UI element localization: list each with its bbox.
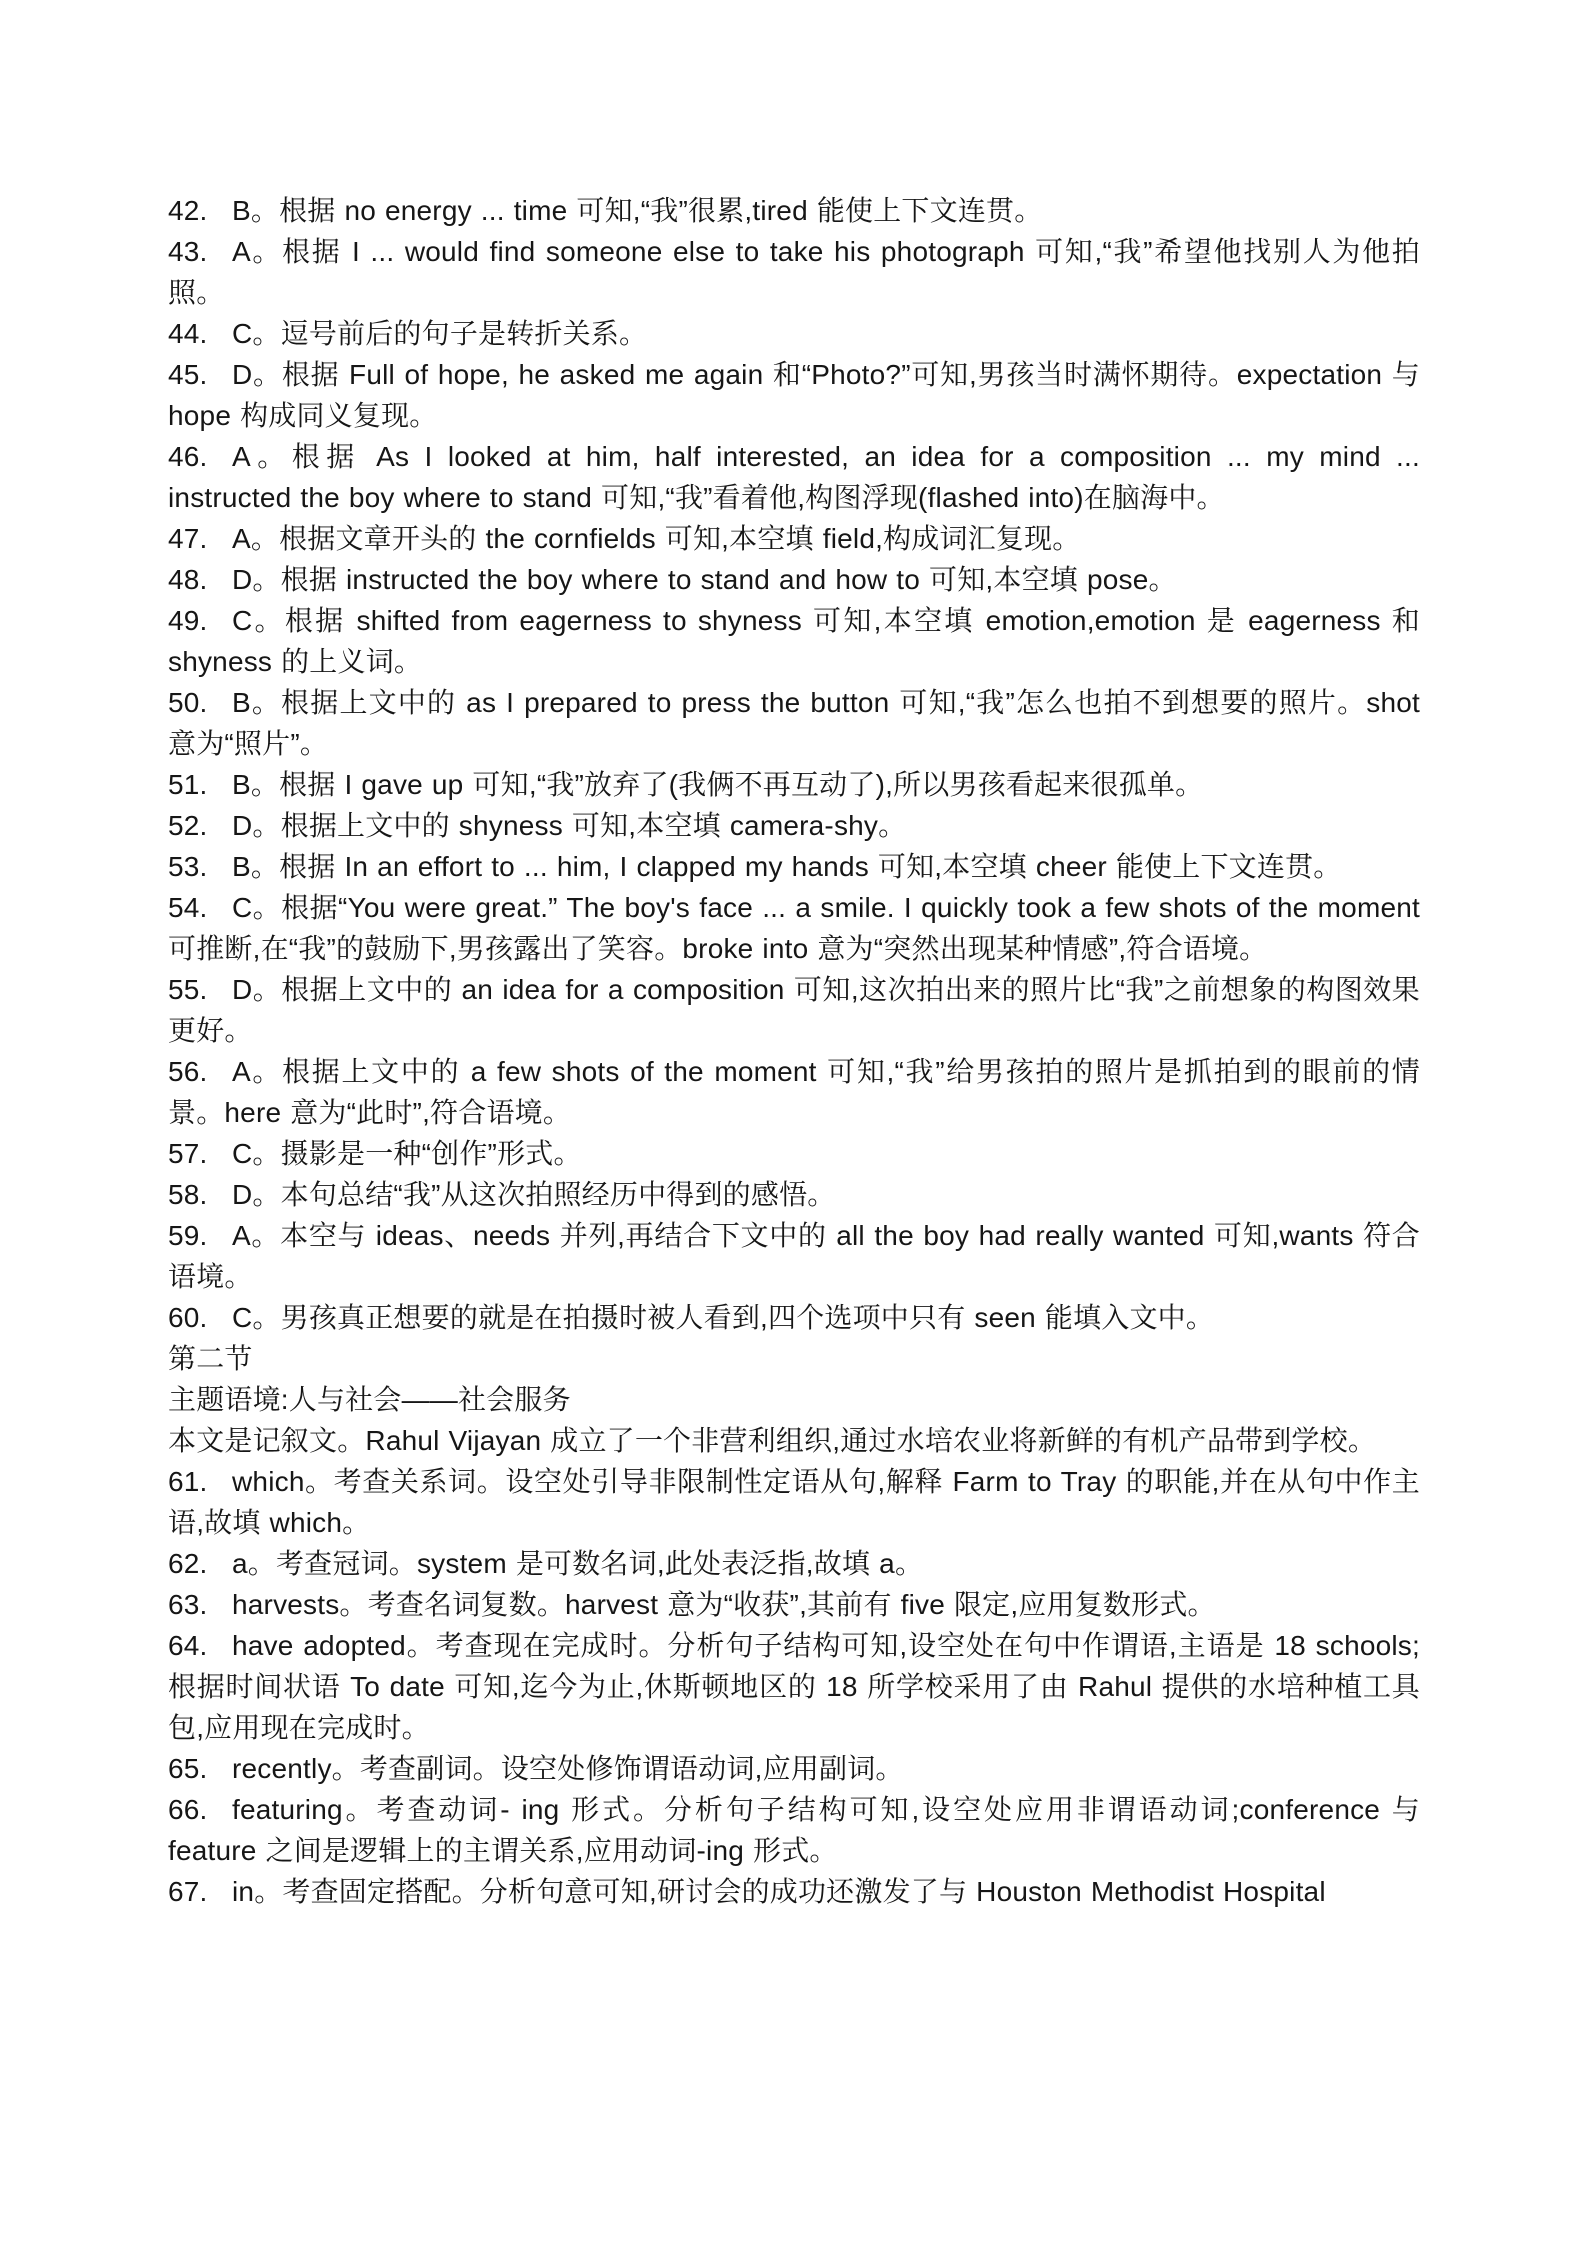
item-text: C。摄影是一种“创作”形式。 [232, 1138, 582, 1169]
document-page: 42.B。根据 no energy ... time 可知,“我”很累,tire… [0, 0, 1587, 2245]
item-text: harvests。考查名词复数。harvest 意为“收获”,其前有 five … [232, 1589, 1216, 1620]
item-number: 45. [168, 354, 232, 395]
item-number: 58. [168, 1174, 232, 1215]
answer-item: 45.D。根据 Full of hope, he asked me again … [168, 354, 1420, 436]
item-number: 42. [168, 190, 232, 231]
item-text: D。本句总结“我”从这次拍照经历中得到的感悟。 [232, 1179, 835, 1210]
answer-item: 59.A。本空与 ideas、needs 并列,再结合下文中的 all the … [168, 1215, 1420, 1297]
item-text: 第二节 [168, 1343, 253, 1374]
item-text: A。根据文章开头的 the cornfields 可知,本空填 field,构成… [232, 523, 1080, 554]
item-text: 主题语境:人与社会——社会服务 [168, 1384, 571, 1415]
answer-item: 48.D。根据 instructed the boy where to stan… [168, 559, 1420, 600]
item-text: recently。考查副词。设空处修饰谓语动词,应用副词。 [232, 1753, 904, 1784]
item-number: 63. [168, 1584, 232, 1625]
answer-item: 65.recently。考查副词。设空处修饰谓语动词,应用副词。 [168, 1748, 1420, 1789]
item-text: D。根据 instructed the boy where to stand a… [232, 564, 1177, 595]
answer-list: 42.B。根据 no energy ... time 可知,“我”很累,tire… [168, 190, 1420, 1912]
item-number: 53. [168, 846, 232, 887]
item-number: 61. [168, 1461, 232, 1502]
answer-item: 62.a。考查冠词。system 是可数名词,此处表泛指,故填 a。 [168, 1543, 1420, 1584]
item-number: 49. [168, 600, 232, 641]
item-number: 65. [168, 1748, 232, 1789]
item-text: C。根据 shifted from eagerness to shyness 可… [168, 605, 1420, 677]
answer-item: 50.B。根据上文中的 as I prepared to press the b… [168, 682, 1420, 764]
item-number: 48. [168, 559, 232, 600]
item-number: 66. [168, 1789, 232, 1830]
item-number: 54. [168, 887, 232, 928]
item-text: B。根据上文中的 as I prepared to press the butt… [168, 687, 1420, 759]
answer-item: 44.C。逗号前后的句子是转折关系。 [168, 313, 1420, 354]
answer-item: 52.D。根据上文中的 shyness 可知,本空填 camera-shy。 [168, 805, 1420, 846]
answer-item: 66.featuring。考查动词- ing 形式。分析句子结构可知,设空处应用… [168, 1789, 1420, 1871]
answer-item: 63.harvests。考查名词复数。harvest 意为“收获”,其前有 fi… [168, 1584, 1420, 1625]
item-number: 57. [168, 1133, 232, 1174]
item-text: B。根据 I gave up 可知,“我”放弃了(我俩不再互动了),所以男孩看起… [232, 769, 1203, 800]
item-number: 50. [168, 682, 232, 723]
item-text: A。根据 I ... would find someone else to ta… [168, 236, 1420, 308]
item-text: featuring。考查动词- ing 形式。分析句子结构可知,设空处应用非谓语… [168, 1794, 1420, 1866]
answer-item: 64.have adopted。考查现在完成时。分析句子结构可知,设空处在句中作… [168, 1625, 1420, 1748]
answer-item: 第二节 [168, 1338, 1420, 1379]
item-number: 62. [168, 1543, 232, 1584]
answer-item: 46.A。根据 As I looked at him, half interes… [168, 436, 1420, 518]
item-number: 51. [168, 764, 232, 805]
item-text: C。根据“You were great.” The boy's face ...… [168, 892, 1420, 964]
answer-item: 47.A。根据文章开头的 the cornfields 可知,本空填 field… [168, 518, 1420, 559]
item-number: 55. [168, 969, 232, 1010]
answer-item: 55.D。根据上文中的 an idea for a composition 可知… [168, 969, 1420, 1051]
item-number: 43. [168, 231, 232, 272]
item-text: B。根据 no energy ... time 可知,“我”很累,tired 能… [232, 195, 1042, 226]
answer-item: 42.B。根据 no energy ... time 可知,“我”很累,tire… [168, 190, 1420, 231]
item-text: A。根据 As I looked at him, half interested… [168, 441, 1420, 513]
item-text: C。逗号前后的句子是转折关系。 [232, 318, 647, 349]
item-number: 59. [168, 1215, 232, 1256]
answer-item: 51.B。根据 I gave up 可知,“我”放弃了(我俩不再互动了),所以男… [168, 764, 1420, 805]
answer-item: 本文是记叙文。Rahul Vijayan 成立了一个非营利组织,通过水培农业将新… [168, 1420, 1420, 1461]
item-text: in。考查固定搭配。分析句意可知,研讨会的成功还激发了与 Houston Met… [232, 1876, 1326, 1907]
answer-item: 56.A。根据上文中的 a few shots of the moment 可知… [168, 1051, 1420, 1133]
answer-item: 58.D。本句总结“我”从这次拍照经历中得到的感悟。 [168, 1174, 1420, 1215]
item-number: 46. [168, 436, 232, 477]
answer-item: 67.in。考查固定搭配。分析句意可知,研讨会的成功还激发了与 Houston … [168, 1871, 1420, 1912]
item-text: D。根据 Full of hope, he asked me again 和“P… [168, 359, 1420, 431]
item-number: 44. [168, 313, 232, 354]
item-number: 64. [168, 1625, 232, 1666]
item-number: 60. [168, 1297, 232, 1338]
item-number: 67. [168, 1871, 232, 1912]
item-text: B。根据 In an effort to ... him, I clapped … [232, 851, 1342, 882]
item-text: which。考查关系词。设空处引导非限制性定语从句,解释 Farm to Tra… [168, 1466, 1420, 1538]
item-text: A。本空与 ideas、needs 并列,再结合下文中的 all the boy… [168, 1220, 1420, 1292]
item-number: 52. [168, 805, 232, 846]
answer-item: 57.C。摄影是一种“创作”形式。 [168, 1133, 1420, 1174]
item-text: C。男孩真正想要的就是在拍摄时被人看到,四个选项中只有 seen 能填入文中。 [232, 1302, 1214, 1333]
answer-item: 61.which。考查关系词。设空处引导非限制性定语从句,解释 Farm to … [168, 1461, 1420, 1543]
item-text: D。根据上文中的 an idea for a composition 可知,这次… [168, 974, 1420, 1046]
item-text: A。根据上文中的 a few shots of the moment 可知,“我… [168, 1056, 1420, 1128]
item-text: D。根据上文中的 shyness 可知,本空填 camera-shy。 [232, 810, 906, 841]
item-text: have adopted。考查现在完成时。分析句子结构可知,设空处在句中作谓语,… [168, 1630, 1420, 1743]
answer-item: 54.C。根据“You were great.” The boy's face … [168, 887, 1420, 969]
item-number: 56. [168, 1051, 232, 1092]
item-text: a。考查冠词。system 是可数名词,此处表泛指,故填 a。 [232, 1548, 923, 1579]
answer-item: 43.A。根据 I ... would find someone else to… [168, 231, 1420, 313]
item-number: 47. [168, 518, 232, 559]
answer-item: 主题语境:人与社会——社会服务 [168, 1379, 1420, 1420]
answer-item: 60.C。男孩真正想要的就是在拍摄时被人看到,四个选项中只有 seen 能填入文… [168, 1297, 1420, 1338]
answer-item: 53.B。根据 In an effort to ... him, I clapp… [168, 846, 1420, 887]
answer-item: 49.C。根据 shifted from eagerness to shynes… [168, 600, 1420, 682]
item-text: 本文是记叙文。Rahul Vijayan 成立了一个非营利组织,通过水培农业将新… [168, 1425, 1376, 1456]
